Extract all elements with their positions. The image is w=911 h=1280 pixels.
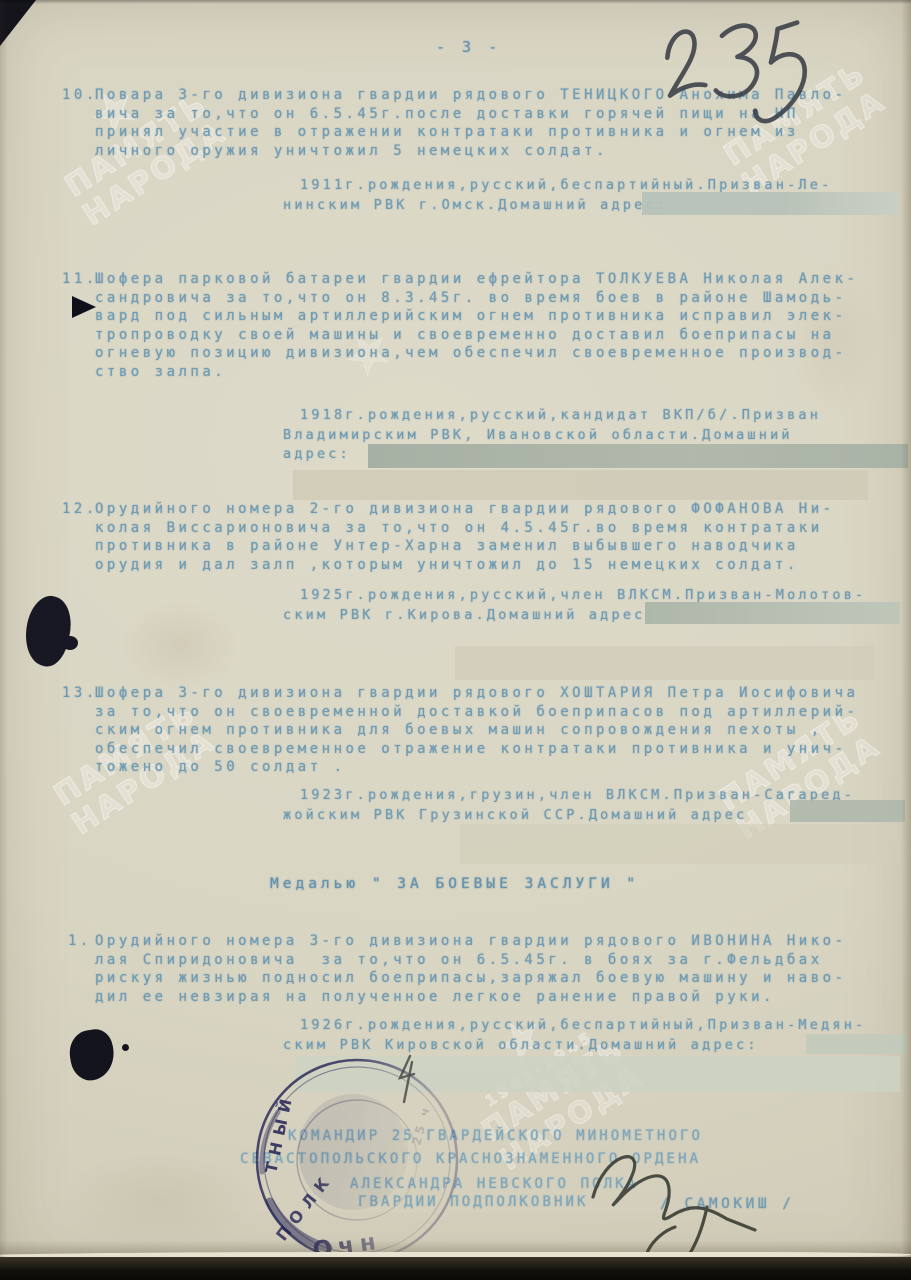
scanned-document-page: ★ ПАМЯТЬ НАРОДА ПАМЯТЬ НАРОДА ПАМЯТЬ НАР… (0, 0, 911, 1280)
typed-line: ство залпа. (95, 363, 858, 382)
award-entry-13-info: 1923г.рождения,грузин,член ВЛКСМ.Призван… (283, 786, 855, 825)
typed-line: 1926г.рождения,русский,беспартийный,Приз… (300, 1016, 866, 1036)
typed-line: ским огнем противника для боевых машин с… (95, 721, 858, 740)
typed-line: дил ее невзирая на полученное легкое ран… (95, 988, 847, 1007)
medal-section-heading: Медалью " ЗА БОЕВЫЕ ЗАСЛУГИ " (270, 876, 639, 892)
typed-line: обеспечил своевременное отражение контра… (95, 740, 858, 759)
redaction-bar (293, 470, 868, 500)
typed-line: жойским РВК Грузинской ССР.Домашний адре… (283, 806, 855, 826)
typed-line: Орудийного номера 2-го дивизиона гвардии… (95, 500, 835, 519)
award-entry-13: 13. Шофера 3-го дивизиона гвардии рядово… (95, 684, 858, 777)
typed-line: за то,что он своевременной доставкой бое… (95, 703, 858, 722)
entry-number: 1. (68, 932, 92, 951)
page-number: - 3 - (436, 38, 501, 56)
redaction-bar (455, 646, 875, 680)
entry-number: 13. (62, 684, 98, 703)
ink-blot (62, 636, 78, 650)
award-entry-11: 11. Шофера парковой батареи гвардии ефре… (95, 270, 858, 382)
redaction-bar (460, 824, 900, 864)
typed-line: Шофера парковой батареи гвардии ефрейтор… (95, 270, 858, 289)
redaction-bar (645, 602, 900, 624)
typed-line: вард под сильным артиллерийским огнем пр… (95, 307, 858, 326)
entry-number: 10. (62, 86, 98, 105)
redaction-bar (790, 800, 905, 822)
round-stamp: ТНЫЙ ПОЛК Очн 25 ч (248, 1052, 466, 1270)
typed-line: тропроводку своей машины и своевременно … (95, 326, 858, 345)
typed-line: личного оружия уничтожил 5 немецких солд… (95, 142, 847, 161)
typed-line: сандровича за то,что он 8.3.45г. во врем… (95, 289, 858, 308)
typed-line: Шофера 3-го дивизиона гвардии рядового Х… (95, 684, 858, 703)
typed-line: 1918г.рождения,русский,кандидат ВКП/б/.П… (300, 406, 821, 426)
award-entry-12: 12. Орудийного номера 2-го дивизиона гва… (95, 500, 835, 574)
ink-blot (122, 1044, 129, 1051)
handwritten-mark (392, 1050, 432, 1120)
medal-entry-1-info: 1926г.рождения,русский,беспартийный,Приз… (283, 1016, 866, 1055)
typed-line: Орудийного номера 3-го дивизиона гвардии… (95, 932, 847, 951)
redaction-bar (368, 444, 908, 468)
typed-line: орудия и дал залп ,которым уничтожил до … (95, 556, 835, 575)
redaction-bar (642, 192, 898, 215)
typed-line: колая Виссарионовича за то,что он 4.5.45… (95, 519, 835, 538)
entry-number: 11. (62, 270, 98, 289)
redaction-bar (806, 1034, 906, 1054)
typed-line: Владимирским РВК, Ивановской области.Дом… (283, 426, 821, 446)
typed-line: огневую позицию дивизиона,чем обеспечил … (95, 344, 858, 363)
handwritten-page-number (640, 5, 830, 130)
handwritten-signature (555, 1135, 825, 1280)
typed-line: лая Спиридоновича за то,что он 6.5.45г. … (95, 951, 847, 970)
entry-number: 12. (62, 500, 98, 519)
typed-line: 1923г.рождения,грузин,член ВЛКСМ.Призван… (300, 786, 855, 806)
typed-line: тожено до 50 солдат . (95, 758, 858, 777)
medal-entry-1: 1. Орудийного номера 3-го дивизиона гвар… (95, 932, 847, 1006)
typed-line: противника в районе Унтер-Харна заменил … (95, 537, 835, 556)
typed-line: рискуя жизнью подносил боеприпасы,заряжа… (95, 969, 847, 988)
